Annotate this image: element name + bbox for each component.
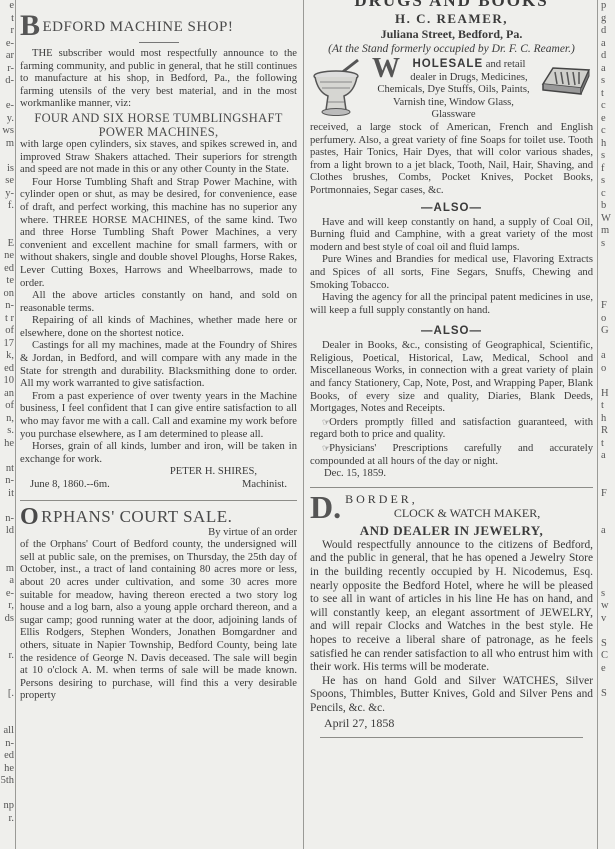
wholesale-word: HOLESALE — [413, 58, 484, 70]
edge-text-fragment: e — [0, 0, 14, 13]
edge-text-fragment — [601, 275, 615, 288]
edge-text-fragment: m — [0, 138, 14, 151]
edge-text-fragment — [601, 375, 615, 388]
edge-text-fragment: C — [601, 650, 615, 663]
edge-text-fragment: t — [601, 400, 615, 413]
drugs-para: Have and will keep constantly on hand, a… — [310, 217, 593, 255]
drugs-para: ☞Orders promptly filled and satisfaction… — [310, 416, 593, 442]
edge-text-fragment: w — [601, 600, 615, 613]
right-edge-column-fragment: pgdadastcechsfscbWmsFoGaoHthRtaFaswvSCeS — [601, 0, 615, 849]
edge-text-fragment: a — [601, 450, 615, 463]
edge-text-fragment: an — [0, 388, 14, 401]
drugs-para: received, a large stock of American, Fre… — [310, 122, 593, 198]
orphans-court-body: of the Orphans' Court of Bedford county,… — [20, 539, 297, 703]
edge-text-fragment — [0, 788, 14, 801]
edge-text-fragment: W — [601, 213, 615, 226]
edge-text-fragment: r. — [0, 650, 14, 663]
machine-shop-subhead-2: POWER MACHINES, — [20, 125, 297, 139]
machine-shop-para: All the above articles constantly on han… — [20, 290, 297, 315]
orphans-court-lead: By virtue of an order — [20, 527, 297, 540]
edge-text-fragment: y- — [0, 188, 14, 201]
edge-text-fragment: g — [601, 13, 615, 26]
edge-text-fragment — [601, 263, 615, 276]
edge-text-fragment — [601, 625, 615, 638]
edge-text-fragment — [601, 675, 615, 688]
edge-text-fragment: ws — [0, 125, 14, 138]
ad-date: June 8, 1860.--6m. — [30, 479, 110, 492]
edge-text-fragment: n- — [0, 513, 14, 526]
edge-text-fragment — [0, 213, 14, 226]
edge-text-fragment: t — [601, 438, 615, 451]
edge-text-fragment — [601, 338, 615, 351]
edge-text-fragment: s. — [0, 425, 14, 438]
edge-text-fragment — [601, 250, 615, 263]
prescriptions-text: Physicians' Prescriptions carefully and … — [310, 443, 593, 467]
ad-separator — [310, 487, 593, 488]
border-jewelry-ad: D. BORDER, CLOCK & WATCH MAKER, AND DEAL… — [310, 492, 593, 738]
orphans-court-ad: O RPHANS' COURT SALE. By virtue of an or… — [20, 507, 297, 703]
orphans-court-heading: O RPHANS' COURT SALE. — [20, 507, 297, 527]
edge-text-fragment: F — [601, 488, 615, 501]
edge-text-fragment: v — [601, 613, 615, 626]
edge-text-fragment: d — [601, 50, 615, 63]
edge-text-fragment: n- — [0, 300, 14, 313]
edge-text-fragment: S — [601, 638, 615, 651]
edge-text-fragment: p — [601, 0, 615, 13]
edge-text-fragment: on — [0, 288, 14, 301]
signature: PETER H. SHIRES, — [20, 466, 297, 479]
drugs-and-books-ad: DRUGS AND BOOKS H. C. REAMER, Juliana St… — [310, 0, 593, 481]
edge-text-fragment — [0, 500, 14, 513]
left-column: B EDFORD MACHINE SHOP! THE subscriber wo… — [20, 0, 297, 849]
border-heading: AND DEALER IN JEWELRY, — [310, 522, 593, 539]
edge-text-fragment: a — [601, 38, 615, 51]
drop-cap-o: O — [20, 507, 39, 527]
edge-text-fragment: [. — [0, 688, 14, 701]
edge-text-fragment: he — [0, 763, 14, 776]
edge-text-fragment: h — [601, 138, 615, 151]
edge-text-fragment: s — [601, 150, 615, 163]
address: Juliana Street, Bedford, Pa. — [310, 27, 593, 42]
edge-text-fragment: e — [601, 113, 615, 126]
edge-text-fragment — [0, 150, 14, 163]
drugs-para: ☞Physicians' Prescriptions carefully and… — [310, 442, 593, 468]
edge-text-fragment: se — [0, 175, 14, 188]
edge-text-fragment: r. — [0, 813, 14, 826]
edge-text-fragment — [0, 700, 14, 713]
edge-text-fragment: o — [601, 313, 615, 326]
edge-text-fragment: F — [601, 300, 615, 313]
column-rule-right — [597, 0, 598, 849]
edge-text-fragment: H — [601, 388, 615, 401]
edge-text-fragment: n- — [0, 475, 14, 488]
edge-text-fragment: h — [601, 413, 615, 426]
edge-text-fragment: r, — [0, 600, 14, 613]
edge-text-fragment: y. — [0, 113, 14, 126]
edge-text-fragment: d- — [0, 75, 14, 88]
edge-text-fragment: c — [601, 125, 615, 138]
column-rule-center — [303, 0, 304, 849]
edge-text-fragment: s — [601, 75, 615, 88]
divider — [139, 42, 179, 43]
also-heading: —ALSO— — [310, 202, 593, 214]
edge-text-fragment: m — [601, 225, 615, 238]
edge-text-fragment: s — [601, 588, 615, 601]
edge-text-fragment — [601, 550, 615, 563]
edge-text-fragment — [0, 625, 14, 638]
border-para: Would respectfully announce to the citiz… — [310, 539, 593, 675]
drop-cap-w: W — [372, 58, 400, 80]
border-para: He has on hand Gold and Silver WATCHES, … — [310, 675, 593, 716]
edge-text-fragment — [601, 288, 615, 301]
column-rule-left — [15, 0, 16, 849]
edge-text-fragment: c — [601, 188, 615, 201]
border-trade: CLOCK & WATCH MAKER, — [341, 506, 593, 521]
orders-text: Orders promptly filled and satisfaction … — [310, 417, 593, 441]
machine-shop-title: EDFORD MACHINE SHOP! — [43, 19, 234, 38]
edge-text-fragment: ds — [0, 613, 14, 626]
border-name: BORDER, — [341, 492, 593, 506]
edge-text-fragment: S — [601, 688, 615, 701]
ad-separator — [20, 500, 297, 501]
edge-text-fragment: 10 — [0, 375, 14, 388]
drugs-para: Dealer in Books, &c., consisting of Geog… — [310, 340, 593, 416]
edge-text-fragment: ne — [0, 250, 14, 263]
drugs-top-heading: DRUGS AND BOOKS — [310, 0, 593, 10]
edge-text-fragment: E — [0, 238, 14, 251]
edge-text-fragment: c — [601, 100, 615, 113]
edge-text-fragment: it — [0, 488, 14, 501]
drugs-date: Dec. 15, 1859. — [310, 468, 593, 481]
machine-shop-subhead: FOUR AND SIX HORSE TUMBLINGSHAFT — [20, 111, 297, 125]
edge-text-fragment: ar — [0, 50, 14, 63]
right-column: DRUGS AND BOOKS H. C. REAMER, Juliana St… — [310, 0, 593, 849]
wholesale-text: WHOLESALE and retail dealer in Drugs, Me… — [368, 58, 539, 122]
machine-shop-ad: B EDFORD MACHINE SHOP! THE subscriber wo… — [20, 0, 297, 492]
drugs-para: Having the agency for all the principal … — [310, 292, 593, 317]
drop-cap-d: D. — [310, 492, 341, 522]
machine-shop-para: Four Horse Tumbling Shaft and Strap Powe… — [20, 177, 297, 290]
edge-text-fragment: t — [0, 13, 14, 26]
edge-text-fragment: 5th — [0, 775, 14, 788]
edge-text-fragment: t r — [0, 313, 14, 326]
edge-text-fragment: n, — [0, 413, 14, 426]
edge-text-fragment: a — [601, 63, 615, 76]
machine-shop-para: From a past experience of over twenty ye… — [20, 391, 297, 441]
edge-text-fragment — [0, 638, 14, 651]
drugs-para: Pure Wines and Brandies for medical use,… — [310, 254, 593, 292]
edge-text-fragment: o — [601, 363, 615, 376]
edge-text-fragment — [0, 225, 14, 238]
edge-text-fragment — [601, 475, 615, 488]
machine-shop-para: with large open cylinders, six staves, a… — [20, 139, 297, 177]
edge-text-fragment: ed — [0, 263, 14, 276]
edge-text-fragment — [0, 450, 14, 463]
edge-text-fragment — [601, 563, 615, 576]
edge-text-fragment — [0, 538, 14, 551]
edge-text-fragment: f — [601, 163, 615, 176]
edge-text-fragment — [601, 538, 615, 551]
drop-cap-b: B — [20, 14, 41, 38]
edge-text-fragment: ed — [0, 363, 14, 376]
edge-text-fragment — [601, 500, 615, 513]
border-heading-text: BORDER, CLOCK & WATCH MAKER, — [341, 492, 593, 521]
edge-text-fragment — [0, 663, 14, 676]
wholesale-block: WHOLESALE and retail dealer in Drugs, Me… — [310, 58, 593, 122]
edge-text-fragment: 17 — [0, 338, 14, 351]
edge-text-fragment: e- — [0, 588, 14, 601]
edge-text-fragment: R — [601, 425, 615, 438]
border-date: April 27, 1858 — [310, 716, 593, 731]
edge-text-fragment: b — [601, 200, 615, 213]
edge-text-fragment: d — [601, 25, 615, 38]
ad-separator — [320, 737, 583, 738]
edge-text-fragment: all — [0, 725, 14, 738]
machine-shop-para: Horses, grain of all kinds, lumber and i… — [20, 441, 297, 466]
edge-text-fragment — [601, 463, 615, 476]
edge-text-fragment: s — [601, 238, 615, 251]
edge-text-fragment: r- — [0, 63, 14, 76]
edge-text-fragment: G — [601, 325, 615, 338]
newspaper-page: etre-arr-d-e-y.wsmissey-f.Eneedteonn-t r… — [0, 0, 615, 849]
edge-text-fragment — [601, 513, 615, 526]
machine-shop-intro: THE subscriber would most respectfully a… — [20, 48, 297, 111]
stand-note: (At the Stand formerly occupied by Dr. F… — [310, 42, 593, 56]
book-icon — [539, 62, 593, 96]
machine-shop-para: Castings for all my machines, made at th… — [20, 340, 297, 390]
edge-text-fragment: of — [0, 325, 14, 338]
edge-text-fragment — [601, 575, 615, 588]
edge-text-fragment: r — [0, 25, 14, 38]
edge-text-fragment: m — [0, 563, 14, 576]
edge-text-fragment — [0, 88, 14, 101]
signer-title: Machinist. — [242, 479, 287, 492]
edge-text-fragment: a — [601, 525, 615, 538]
left-edge-column-fragment: etre-arr-d-e-y.wsmissey-f.Eneedteonn-t r… — [0, 0, 14, 849]
border-heading-block: D. BORDER, CLOCK & WATCH MAKER, — [310, 492, 593, 522]
also-heading: —ALSO— — [310, 325, 593, 337]
machine-shop-para: Repairing of all kinds of Machines, whet… — [20, 315, 297, 340]
edge-text-fragment: k, — [0, 350, 14, 363]
edge-text-fragment: a — [601, 350, 615, 363]
machine-shop-heading: B EDFORD MACHINE SHOP! — [20, 14, 297, 38]
edge-text-fragment: f. — [0, 200, 14, 213]
edge-text-fragment: np — [0, 800, 14, 813]
edge-text-fragment: he — [0, 438, 14, 451]
date-row: June 8, 1860.--6m. Machinist. — [20, 479, 297, 492]
edge-text-fragment: nt — [0, 463, 14, 476]
edge-text-fragment: a — [0, 575, 14, 588]
proprietor-name: H. C. REAMER, — [310, 10, 593, 27]
orphans-court-title: RPHANS' COURT SALE. — [41, 507, 232, 527]
edge-text-fragment — [0, 550, 14, 563]
edge-text-fragment: ed — [0, 750, 14, 763]
edge-text-fragment — [0, 675, 14, 688]
edge-text-fragment: of — [0, 400, 14, 413]
three-horse-caps: THREE HORSE MACHINES, — [53, 215, 189, 226]
edge-text-fragment: e- — [0, 100, 14, 113]
edge-text-fragment: te — [0, 275, 14, 288]
edge-text-fragment: t — [601, 88, 615, 101]
edge-text-fragment: e- — [0, 38, 14, 51]
edge-text-fragment — [0, 713, 14, 726]
edge-text-fragment: e — [601, 663, 615, 676]
edge-text-fragment: n- — [0, 738, 14, 751]
edge-text-fragment: is — [0, 163, 14, 176]
mortar-and-pestle-icon — [310, 58, 368, 120]
edge-text-fragment: ld — [0, 525, 14, 538]
edge-text-fragment: s — [601, 175, 615, 188]
